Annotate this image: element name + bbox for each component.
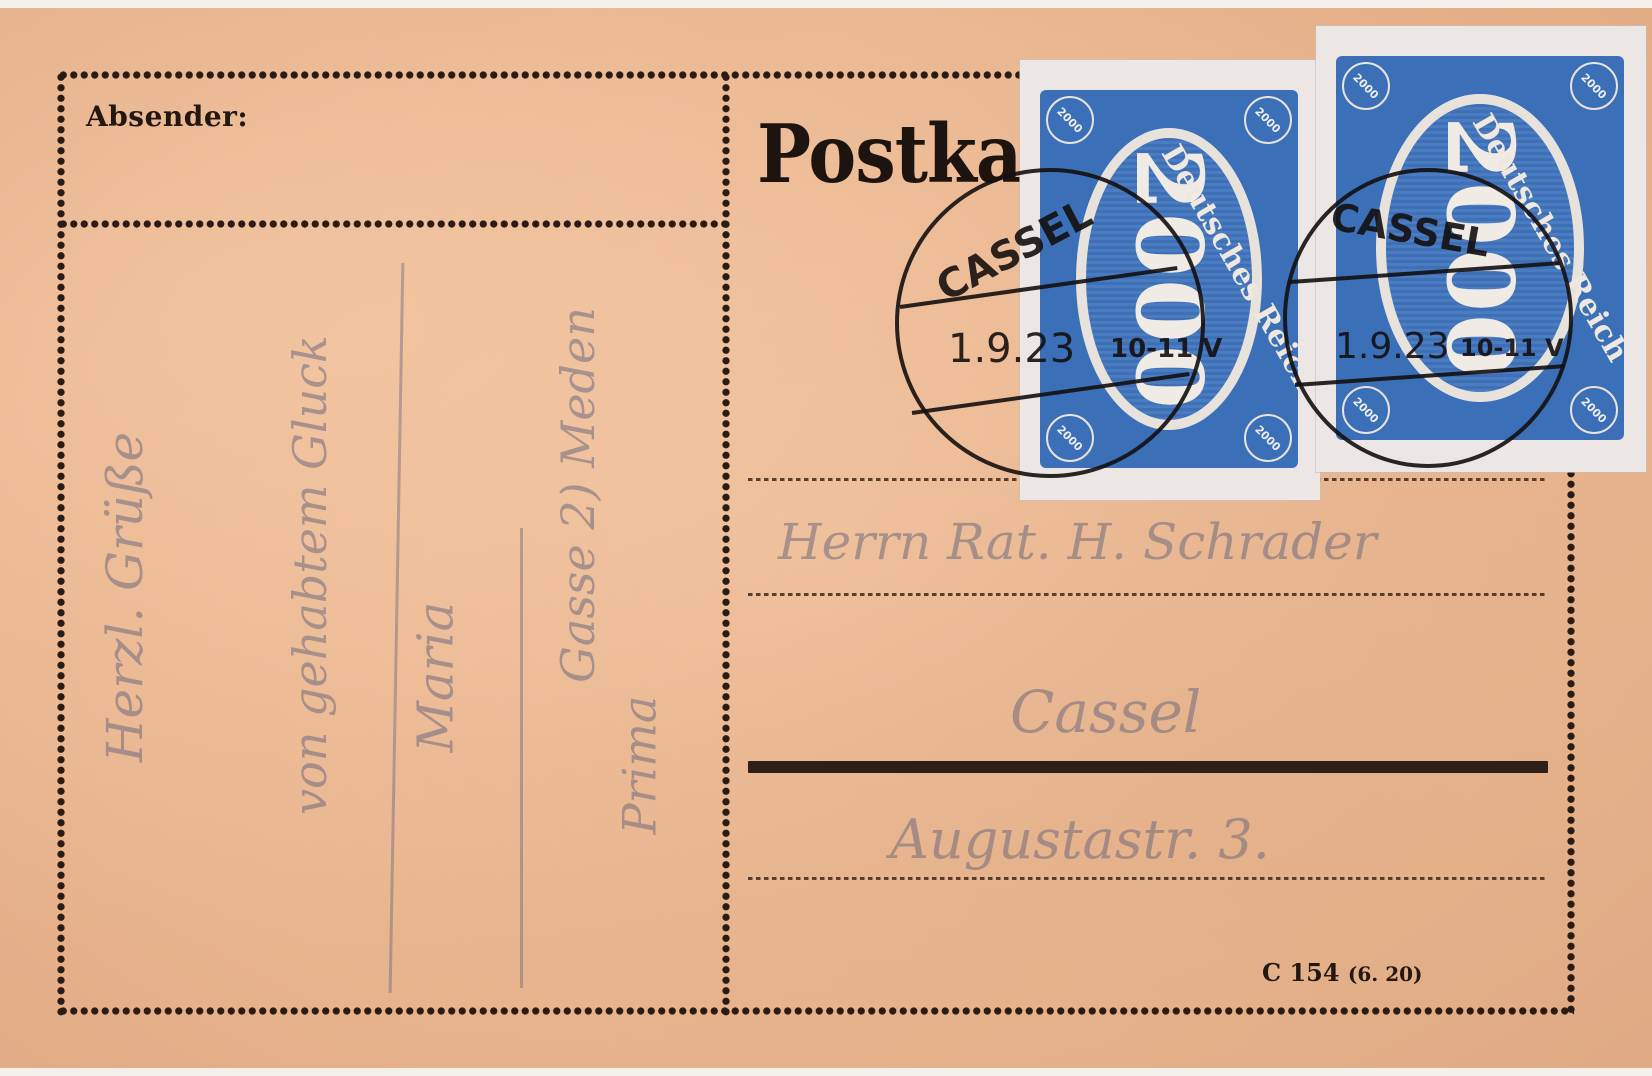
postmark-time: 10-11 V [1110, 334, 1222, 364]
border-left [56, 72, 66, 1016]
stamp-corner-value: 2000 [1234, 90, 1298, 154]
handwriting-message-4: Gasse 2) Meden [551, 307, 605, 683]
address-city-bar [748, 761, 1548, 773]
handwriting-message-3: Maria [406, 602, 464, 753]
pencil-strike-2 [520, 528, 523, 988]
border-right [1566, 458, 1576, 1016]
address-line-2 [748, 593, 1548, 596]
stamp-corner-value: 2000 [1560, 56, 1624, 120]
handwriting-message-1: Herzl. Grüße [96, 432, 154, 762]
handwriting-address-3: Augustastr. 3. [890, 808, 1270, 871]
handwriting-address-1: Herrn Rat. H. Schrader [778, 513, 1377, 571]
pencil-strike-1 [389, 263, 405, 993]
address-line-3 [748, 877, 1548, 880]
postmark-date: 1.9.23 [948, 326, 1075, 372]
stamp-corner-value: 2000 [1234, 404, 1298, 468]
sender-label: Absender: [86, 100, 248, 133]
stamp-corner-value: 2000 [1560, 376, 1624, 440]
postcard: Absender: Postkarte C 154 (6. 20) Herrn … [0, 8, 1652, 1068]
divider-sender [58, 219, 726, 229]
divider-vertical [721, 72, 731, 1016]
border-bottom [58, 1006, 1574, 1016]
form-edition: (6. 20) [1348, 962, 1423, 986]
postmark-date: 1.9.23 [1335, 326, 1450, 367]
stamp-corner-value: 2000 [1040, 90, 1104, 154]
form-number: C 154 [1262, 958, 1340, 987]
handwriting-message-5: Prima [612, 696, 666, 835]
form-code: C 154 (6. 20) [1262, 958, 1423, 987]
handwriting-address-2: Cassel [1010, 678, 1201, 746]
stamp-corner-value: 2000 [1336, 56, 1400, 120]
postmark-time: 10-11 V [1460, 334, 1564, 362]
handwriting-message-2: von gehabtem Gluck [283, 335, 337, 815]
